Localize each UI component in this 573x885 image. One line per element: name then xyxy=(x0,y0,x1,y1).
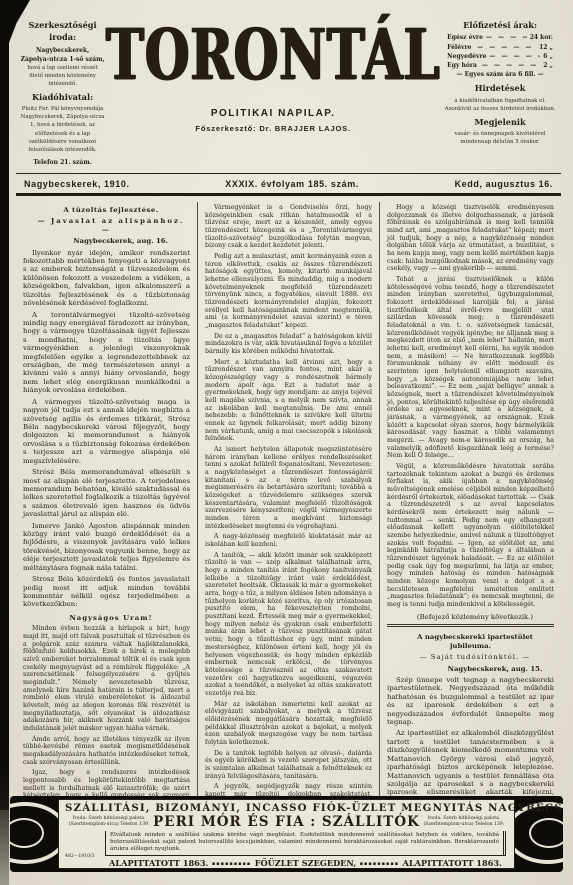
paragraph: Már az iskolában ismertetni kell azokat … xyxy=(205,701,372,747)
article1-closing: (Befejező közlemény következik.) xyxy=(387,613,554,621)
ad-founded-right: ALAPITTATOTT 1863. xyxy=(403,858,502,868)
ad-footer: ALAPITTATOTT 1863. ▪▪▪▪▪▪▪▪▪ FŐÜZLET SZE… xyxy=(105,855,506,868)
heavy-rule xyxy=(16,193,561,196)
article1-subtitle: — Javaslat az alispánhoz. — xyxy=(23,217,190,234)
paragraph: Az ismert helytelen állapotok megszüntet… xyxy=(205,446,372,530)
ad-body-text: Elvállalunk minden a szállítási szakma k… xyxy=(105,831,506,855)
dateline-row: Nagybecskerek, 1910. XXXIX. évfolyam 185… xyxy=(16,174,561,193)
price-row: Egy hóra — — — — — 2 „ xyxy=(441,61,559,70)
body-columns: A tüzoltás fejlesztése. — Javaslat az al… xyxy=(16,202,561,836)
editorial-office-note: hová a lap szellemi részét illető minden… xyxy=(20,64,105,88)
paragraph: Ámde arról, hogy az illetékes tényezők a… xyxy=(23,736,190,767)
subscription-box: Előfizetési árak: Egész évre — — — — — 2… xyxy=(441,12,559,167)
article1-title: A tüzoltás fejlesztése. xyxy=(23,206,190,214)
paragraph: Szép ünnepe volt tegnap a nagybecskereki… xyxy=(387,676,554,727)
price-label: Félévre xyxy=(447,43,471,52)
price-dashes: — — — — — xyxy=(489,52,540,61)
article-separator xyxy=(387,624,554,627)
dateline-place: Nagybecskerek, 1910. xyxy=(24,179,130,189)
paragraph: Végül, a közreműködésre hivatottak soráb… xyxy=(387,463,554,609)
article1-dateline: Nagybecskerek, aug. 16. xyxy=(23,237,190,245)
price-label: Egész évre xyxy=(447,33,483,42)
editorial-office-box: Szerkesztőségi iroda: Nagybecskerek, Záp… xyxy=(20,12,105,167)
paragraph: Strosz Béla közérdekű és fontos javaslat… xyxy=(23,575,190,609)
ads-note: a kiadóhivatalban fogadtatnak el. Azonkí… xyxy=(441,97,559,113)
ad-main-branch: FŐÜZLET SZEGEDEN, xyxy=(255,858,357,868)
price-value: 12 „ xyxy=(539,43,553,52)
price-dashes: — — — — — xyxy=(480,61,540,70)
ad-ornament-right-inner xyxy=(529,818,563,848)
editorial-office-title: Szerkesztőségi iroda: xyxy=(20,19,105,44)
paragraph: Pedig azt a mulasztást, amit kormányaink… xyxy=(205,253,372,330)
dateline-day: Kedd, augusztus 16. xyxy=(455,179,553,189)
appears-title: Megjelenik xyxy=(441,116,559,128)
price-dashes: — — — — — xyxy=(474,43,536,52)
price-label: Negyedévre xyxy=(447,52,486,61)
ad-office-right: Iroda: Szerb hitközségi palota. (Szerbte… xyxy=(420,816,508,829)
paragraph: A nagy-közönség megfelelő kioktatását má… xyxy=(205,533,372,548)
scan-edge-artifact xyxy=(0,0,9,810)
ad-headline: SZÁLLITÁSI, BIZOMÁNYI, INCASSO FIÓK-ÜZLE… xyxy=(65,802,508,814)
ad-divider-squares: ▪▪▪▪▪▪▪▪▪ xyxy=(212,861,252,867)
header: Szerkesztőségi iroda: Nagybecskerek, Záp… xyxy=(0,0,573,167)
paragraph: A vármegyei tüzoltó-szövetség maga is na… xyxy=(23,398,190,465)
dateline-issue: XXXIX. évfolyam 185. szám. xyxy=(225,179,359,189)
appears-note: vasár- és ünnepnapok kivételével mindenn… xyxy=(441,130,559,146)
bottom-advertisement: SZÁLLITÁSI, BIZOMÁNYI, INCASSO FIÓK-ÜZLE… xyxy=(10,796,563,872)
paragraph: De ez a „magasztos feladat” a hatóságoko… xyxy=(205,333,372,356)
publisher-note: Pleitz Fer. Pál könyvnyomdája Nagybecske… xyxy=(20,105,105,154)
editor-line: Főszerkesztő: Dr. BRAJJER LAJOS. xyxy=(109,124,437,133)
price-value: 6 „ xyxy=(543,52,553,61)
price-label: Egy hóra xyxy=(447,61,477,70)
ad-divider-squares: ▪▪▪▪▪▪▪▪▪ xyxy=(360,861,400,867)
column-3: Hogy a községi tisztviselők eredményesen… xyxy=(379,202,561,836)
paragraph: Strósz Béla memorandumával elkészült s m… xyxy=(23,468,190,519)
newspaper-subtitle: POLITIKAI NAPILAP. xyxy=(109,108,437,119)
masthead: TORONTÁL POLITIKAI NAPILAP. Főszerkesztő… xyxy=(109,12,437,167)
subscription-title: Előfizetési árak: xyxy=(441,19,559,31)
paragraph: Vármegyénket is a Gondviselés őrzi, hogy… xyxy=(205,204,372,250)
ad-reference-number: 482—1910/3 xyxy=(65,854,95,859)
single-copy-price: — Egyes szám ára 6 fill. — xyxy=(441,70,559,79)
price-dashes: — — — — — xyxy=(486,33,527,42)
article2-title: A nagybecskereki ipartestület jubileuma. xyxy=(387,633,554,650)
ads-title: Hirdetések xyxy=(441,82,559,94)
ad-inner-box: Elvállalunk minden a szállítási szakma k… xyxy=(105,831,506,868)
paragraph: De a tanítók legtöbb helyen az olvasó-, … xyxy=(205,750,372,781)
paragraph: Minden évben hozzák a hírlapok a hírt, h… xyxy=(23,625,190,732)
paragraph: Tehát a járási tisztviselőknek a külön k… xyxy=(387,276,554,460)
article2-dateline: Nagybecskerek, aug. 15. xyxy=(387,665,554,673)
telephone-line: Telefon 21. szám. xyxy=(20,158,105,167)
paragraph: Ilyenkor nyár idején, amikor rendszerint… xyxy=(23,249,190,308)
paragraph: Ismerve Jankó Ágoston alispánnak minden … xyxy=(23,522,190,573)
ad-panel: SZÁLLITÁSI, BIZOMÁNYI, INCASSO FIÓK-ÜZLE… xyxy=(58,799,515,869)
scan-edge-artifact-fade xyxy=(0,770,9,885)
paragraph: Hogy a községi tisztviselők eredményesen… xyxy=(387,204,554,273)
column-2: Vármegyénket is a Gondviselés őrzi, hogy… xyxy=(197,202,379,836)
paragraph: A tanítók, — akik között immár sok szakk… xyxy=(205,552,372,698)
publisher-title: Kiadóhivatal: xyxy=(20,91,105,103)
price-value: 2 „ xyxy=(543,61,553,70)
price-value: 24 kor. xyxy=(530,33,553,42)
ad-office-left: Iroda: Szerb hitközségi palota. (Szerbte… xyxy=(65,816,153,829)
ad-founded-left: ALAPITTATOTT 1863. xyxy=(109,858,208,868)
newspaper-title: TORONTÁL xyxy=(106,20,441,90)
newspaper-page: Szerkesztőségi iroda: Nagybecskerek, Záp… xyxy=(0,0,573,885)
ad-company-name: PERI MÓR ÉS FIA : SZÁLLITÓK xyxy=(153,814,420,830)
editorial-office-street: Zápolya-utcza 1-ső szám, xyxy=(20,55,105,64)
price-row: Félévre — — — — — 12 „ xyxy=(441,43,559,52)
price-row: Negyedévre — — — — — 6 „ xyxy=(441,52,559,61)
paragraph: Mert a köztudatba kell átvinni azt, hogy… xyxy=(205,359,372,443)
editorial-office-city: Nagybecskerek, xyxy=(20,46,105,55)
price-row: Egész évre — — — — — 24 kor. xyxy=(441,33,559,42)
article2-subtitle: — Saját tudósítónktól. — xyxy=(387,653,554,661)
column-1: A tüzoltás fejlesztése. — Javaslat az al… xyxy=(16,202,197,836)
paragraph: A torontálvármegyei tüzoltó-szövetség mi… xyxy=(23,311,190,395)
letter-heading: Nagyságos Uram! xyxy=(23,614,190,622)
